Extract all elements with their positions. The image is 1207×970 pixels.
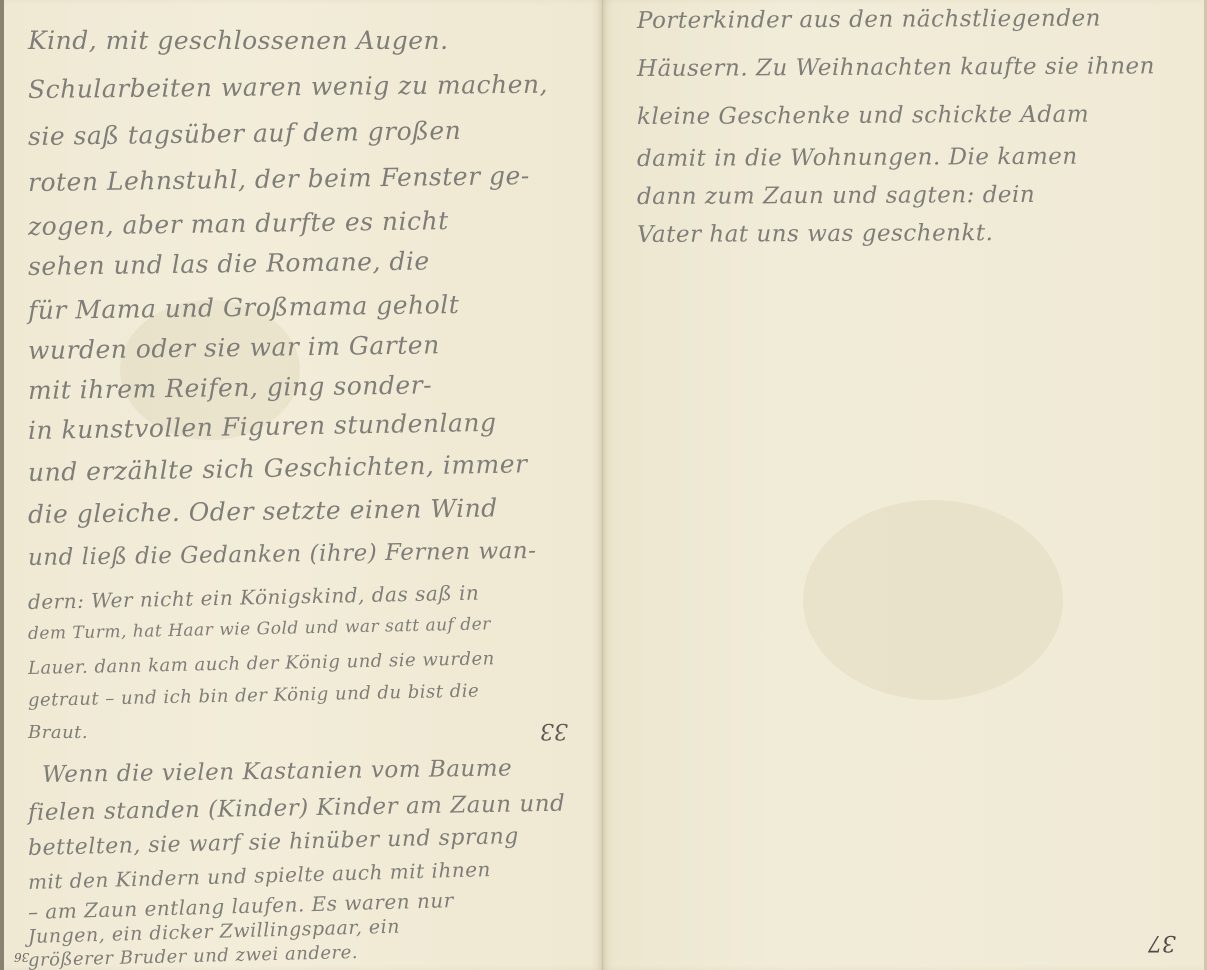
handwritten-line: Lauer. dann kam auch der König und sie w… <box>28 648 495 679</box>
handwritten-line: wurden oder sie war im Garten <box>28 330 440 365</box>
handwritten-line: sie saß tagsüber auf dem großen <box>28 116 462 151</box>
handwritten-line: in kunstvollen Figuren stundenlang <box>28 408 497 445</box>
handwritten-line: dem Turm, hat Haar wie Gold und war satt… <box>28 614 491 644</box>
handwritten-line: mit ihrem Reifen, ging sonder- <box>28 370 432 405</box>
handwritten-line: dern: Wer nicht ein Königskind, das saß … <box>28 581 480 614</box>
handwritten-line: und ließ die Gedanken (ihre) Fernen wan- <box>28 538 537 571</box>
handwritten-line: dann zum Zaun und sagten: dein <box>637 182 1035 210</box>
handwritten-line: die gleiche. Oder setzte einen Wind <box>28 493 498 529</box>
page-number: 37 <box>1148 930 1176 955</box>
paper-stain <box>803 500 1063 700</box>
handwritten-line: Wenn die vielen Kastanien vom Baume <box>42 755 513 788</box>
handwritten-line: fielen standen (Kinder) Kinder am Zaun u… <box>28 791 566 826</box>
handwritten-line: Schularbeiten waren wenig zu machen, <box>28 70 548 104</box>
handwritten-line: und erzählte sich Geschichten, immer <box>28 449 528 487</box>
handwritten-line: zogen, aber man durfte es nicht <box>28 206 449 241</box>
page-number: 33 <box>540 718 568 743</box>
left-page: Kind, mit geschlossenen Augen. Schularbe… <box>0 0 603 970</box>
right-page: Porterkinder aus den nächstliegenden Häu… <box>603 0 1207 970</box>
page-number: 36 <box>14 950 29 964</box>
book-edge <box>0 0 4 970</box>
handwritten-line: für Mama und Großmama geholt <box>28 290 460 325</box>
handwritten-line: kleine Geschenke und schickte Adam <box>637 102 1089 130</box>
handwritten-line: Kind, mit geschlossenen Augen. <box>28 26 449 55</box>
handwritten-line: damit in die Wohnungen. Die kamen <box>637 144 1078 172</box>
handwritten-line: bettelten, sie warf sie hinüber und spra… <box>28 824 519 861</box>
handwritten-line: roten Lehnstuhl, der beim Fenster ge- <box>28 161 530 197</box>
handwritten-line: getraut – und ich bin der König und du b… <box>28 681 480 711</box>
handwritten-line: sehen und las die Romane, die <box>28 246 430 281</box>
handwritten-line: Häusern. Zu Weihnachten kaufte sie ihnen <box>637 53 1155 82</box>
handwritten-line: Vater hat uns was geschenkt. <box>637 220 994 248</box>
handwritten-line: Braut. <box>28 722 88 743</box>
notebook-spread: Kind, mit geschlossenen Augen. Schularbe… <box>0 0 1207 970</box>
handwritten-line: Porterkinder aus den nächstliegenden <box>637 6 1101 34</box>
